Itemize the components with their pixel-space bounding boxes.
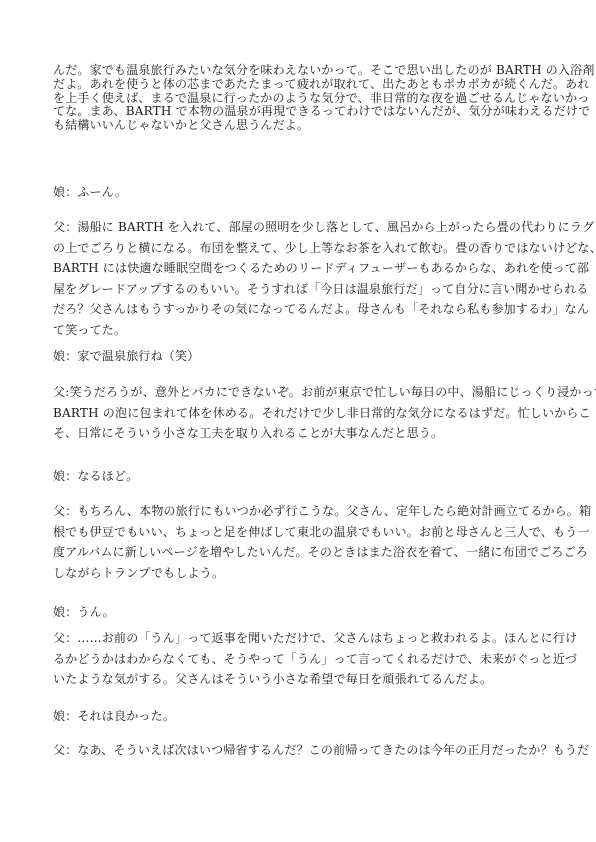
- text-line: しながらトランプでもしよう。: [53, 563, 591, 584]
- text-line: 娘：それは良かった。: [53, 706, 175, 727]
- paragraph-father-10: 父：なあ、そういえば次はいつ帰省するんだ？この前帰ってきたのは今年の正月だったか…: [53, 740, 589, 761]
- text-line: BARTH の泡に包まれて体を休める。それだけで少し非日常的な気分になるはずだ。…: [53, 403, 596, 424]
- text-line: 娘：なるほど。: [53, 466, 138, 487]
- text-line: て笑ってた。: [53, 320, 596, 341]
- text-line: いたような気がする。父さんはそういう小さな希望で毎日を頑張れてるんだよ。: [53, 669, 577, 690]
- paragraph-daughter-9: 娘：それは良かった。: [53, 706, 175, 727]
- text-line: んだ。家でも温泉旅行みたいな気分を味わえないかって。そこで思い出したのが BAR…: [53, 64, 595, 78]
- paragraph-father-continuation: んだ。家でも温泉旅行みたいな気分を味わえないかって。そこで思い出したのが BAR…: [53, 64, 595, 133]
- text-line: 娘：うん。: [53, 602, 115, 623]
- paragraph-daughter-3: 娘：家で温泉旅行ね（笑）: [53, 346, 199, 367]
- text-line: 父:笑うだろうが、意外とバカにできないぞ。お前が東京で忙しい毎日の中、湯船にじっ…: [53, 382, 596, 403]
- text-line: 父：もちろん、本物の旅行にもいつか必ず行こうな。父さん、定年したら絶対計画立てる…: [53, 501, 591, 522]
- text-line: そ、日常にそういう小さな工夫を取り入れることが大事なんだと思う。: [53, 423, 596, 444]
- text-line: 父：湯船に BARTH を入れて、部屋の照明を少し落として、風呂から上がったら畳…: [53, 217, 596, 238]
- paragraph-daughter-5: 娘：なるほど。: [53, 466, 138, 487]
- text-line: るかどうかはわからなくても、そうやって「うん」って言ってくれるだけで、未来がぐっ…: [53, 649, 577, 670]
- text-line: の上でごろりと横になる。布団を整えて、少し上等なお茶を入れて飲む。畳の香りではな…: [53, 238, 596, 259]
- text-line: 娘：ふーん。: [53, 182, 127, 203]
- text-line: 娘：家で温泉旅行ね（笑）: [53, 346, 199, 367]
- text-line: だよ。あれを使うと体の芯まであたたまって疲れが取れて、出たあともポカポカが続くん…: [53, 78, 595, 92]
- paragraph-father-6: 父：もちろん、本物の旅行にもいつか必ず行こうな。父さん、定年したら絶対計画立てる…: [53, 501, 591, 583]
- text-line: 屋をグレードアップするのもいい。そうすれば「今日は温泉旅行だ」って自分に言い聞か…: [53, 279, 596, 300]
- text-line: も結構いいんじゃないかと父さん思うんだよ。: [53, 119, 595, 133]
- paragraph-father-8: 父：……お前の「うん」って返事を聞いただけで、父さんはちょっと救われるよ。ほんと…: [53, 628, 577, 690]
- paragraph-father-2: 父：湯船に BARTH を入れて、部屋の照明を少し落として、風呂から上がったら畳…: [53, 217, 596, 340]
- text-line: 父：なあ、そういえば次はいつ帰省するんだ？この前帰ってきたのは今年の正月だったか…: [53, 740, 589, 761]
- text-line: 父：……お前の「うん」って返事を聞いただけで、父さんはちょっと救われるよ。ほんと…: [53, 628, 577, 649]
- paragraph-daughter-7: 娘：うん。: [53, 602, 115, 623]
- text-line: 度アルバムに新しいページを増やしたいんだ。そのときはまた浴衣を着て、一緒に布団で…: [53, 542, 591, 563]
- paragraph-daughter-1: 娘：ふーん。: [53, 182, 127, 203]
- text-line: 根でも伊豆でもいい、ちょっと足を伸ばして東北の温泉でもいい。お前と母さんと三人で…: [53, 522, 591, 543]
- text-line: BARTH には快適な睡眠空間をつくるためのリードディフューザーもあるからな、あ…: [53, 258, 596, 279]
- text-line: だろ？父さんはもうすっかりその気になってるんだよ。母さんも「それなら私も参加する…: [53, 299, 596, 320]
- paragraph-father-4: 父:笑うだろうが、意外とバカにできないぞ。お前が東京で忙しい毎日の中、湯船にじっ…: [53, 382, 596, 444]
